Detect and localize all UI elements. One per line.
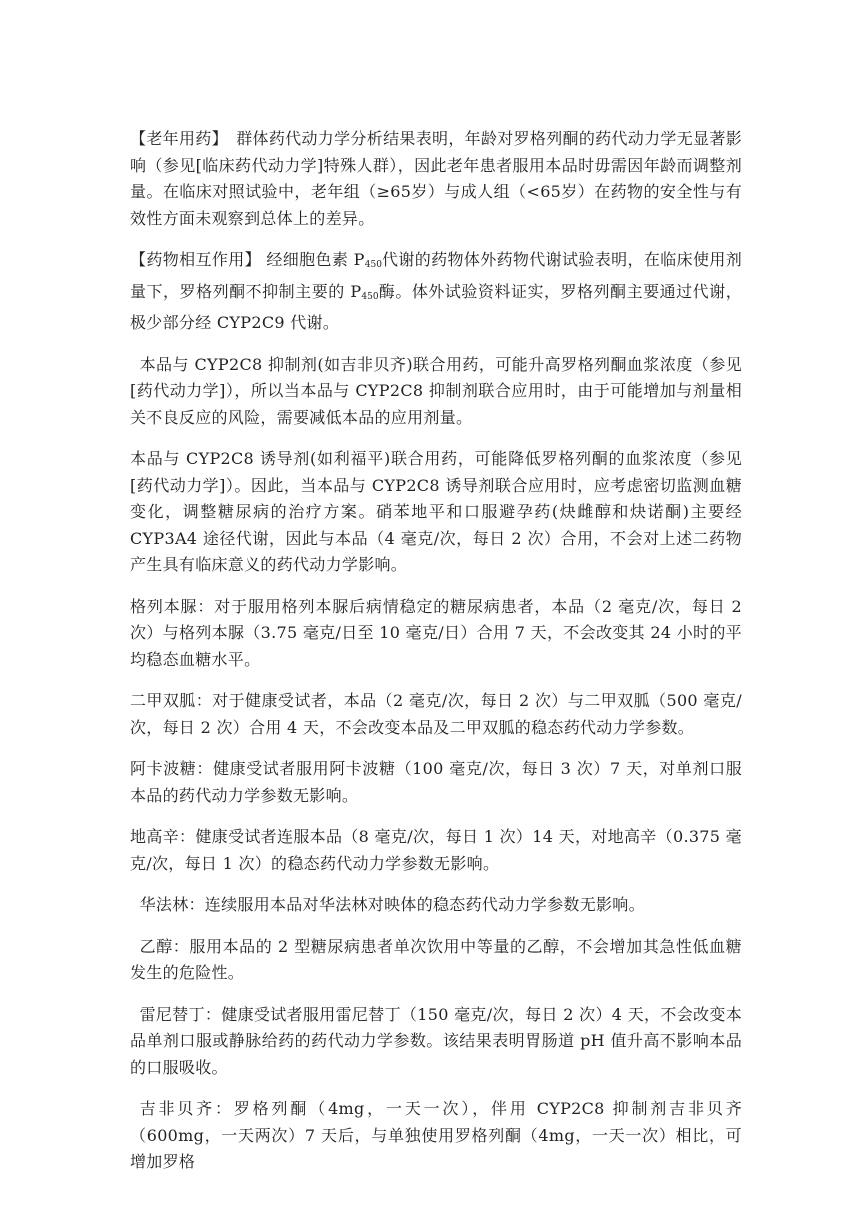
paragraph-cyp2c8-inhibitor: 本品与 CYP2C8 抑制剂(如吉非贝齐)联合用药，可能升高罗格列酮血浆浓度（参… [130, 352, 742, 432]
paragraph-glibenclamide: 格列本脲：对于服用格列本脲后病情稳定的糖尿病患者，本品（2 毫克/次，每日 2 … [130, 594, 742, 674]
paragraph-warfarin: 华法林：连续服用本品对华法林对映体的稳态药代动力学参数无影响。 [130, 892, 742, 919]
paragraph-acarbose: 阿卡波糖：健康受试者服用阿卡波糖（100 毫克/次，每日 3 次）7 天，对单剂… [130, 756, 742, 809]
document-page: 【老年用药】 群体药代动力学分析结果表明，年龄对罗格列酮的药代动力学无显著影响（… [130, 126, 742, 1191]
interactions-text-1: 经细胞色素 P [261, 250, 365, 269]
paragraph-metformin: 二甲双胍：对于健康受试者，本品（2 毫克/次，每日 2 次）与二甲双胍（500 … [130, 688, 742, 741]
p450-subscript: 450 [361, 292, 378, 302]
paragraph-ethanol: 乙醇：服用本品的 2 型糖尿病患者单次饮用中等量的乙醇，不会增加其急性低血糖发生… [130, 934, 742, 987]
paragraph-gemfibrozil: 吉非贝齐：罗格列酮（4mg，一天一次），伴用 CYP2C8 抑制剂吉非贝齐（60… [130, 1096, 742, 1176]
paragraph-digoxin: 地高辛：健康受试者连服本品（8 毫克/次，每日 1 次）14 天，对地高辛（0.… [130, 824, 742, 877]
paragraph-cyp2c8-inducer: 本品与 CYP2C8 诱导剂(如利福平)联合用药，可能降低罗格列酮的血浆浓度（参… [130, 446, 742, 579]
section-elderly-use: 【老年用药】 群体药代动力学分析结果表明，年龄对罗格列酮的药代动力学无显著影响（… [130, 126, 742, 232]
section-heading-elderly: 【老年用药】 [130, 129, 220, 148]
section-drug-interactions: 【药物相互作用】 经细胞色素 P450代谢的药物体外药物代谢试验表明，在临床使用… [130, 247, 742, 337]
p450-subscript: 450 [365, 260, 382, 270]
section-heading-interactions: 【药物相互作用】 [130, 250, 261, 269]
section-body-elderly: 群体药代动力学分析结果表明，年龄对罗格列酮的药代动力学无显著影响（参见[临床药代… [130, 129, 742, 228]
paragraph-ranitidine: 雷尼替丁：健康受试者服用雷尼替丁（150 毫克/次，每日 2 次）4 天，不会改… [130, 1002, 742, 1082]
